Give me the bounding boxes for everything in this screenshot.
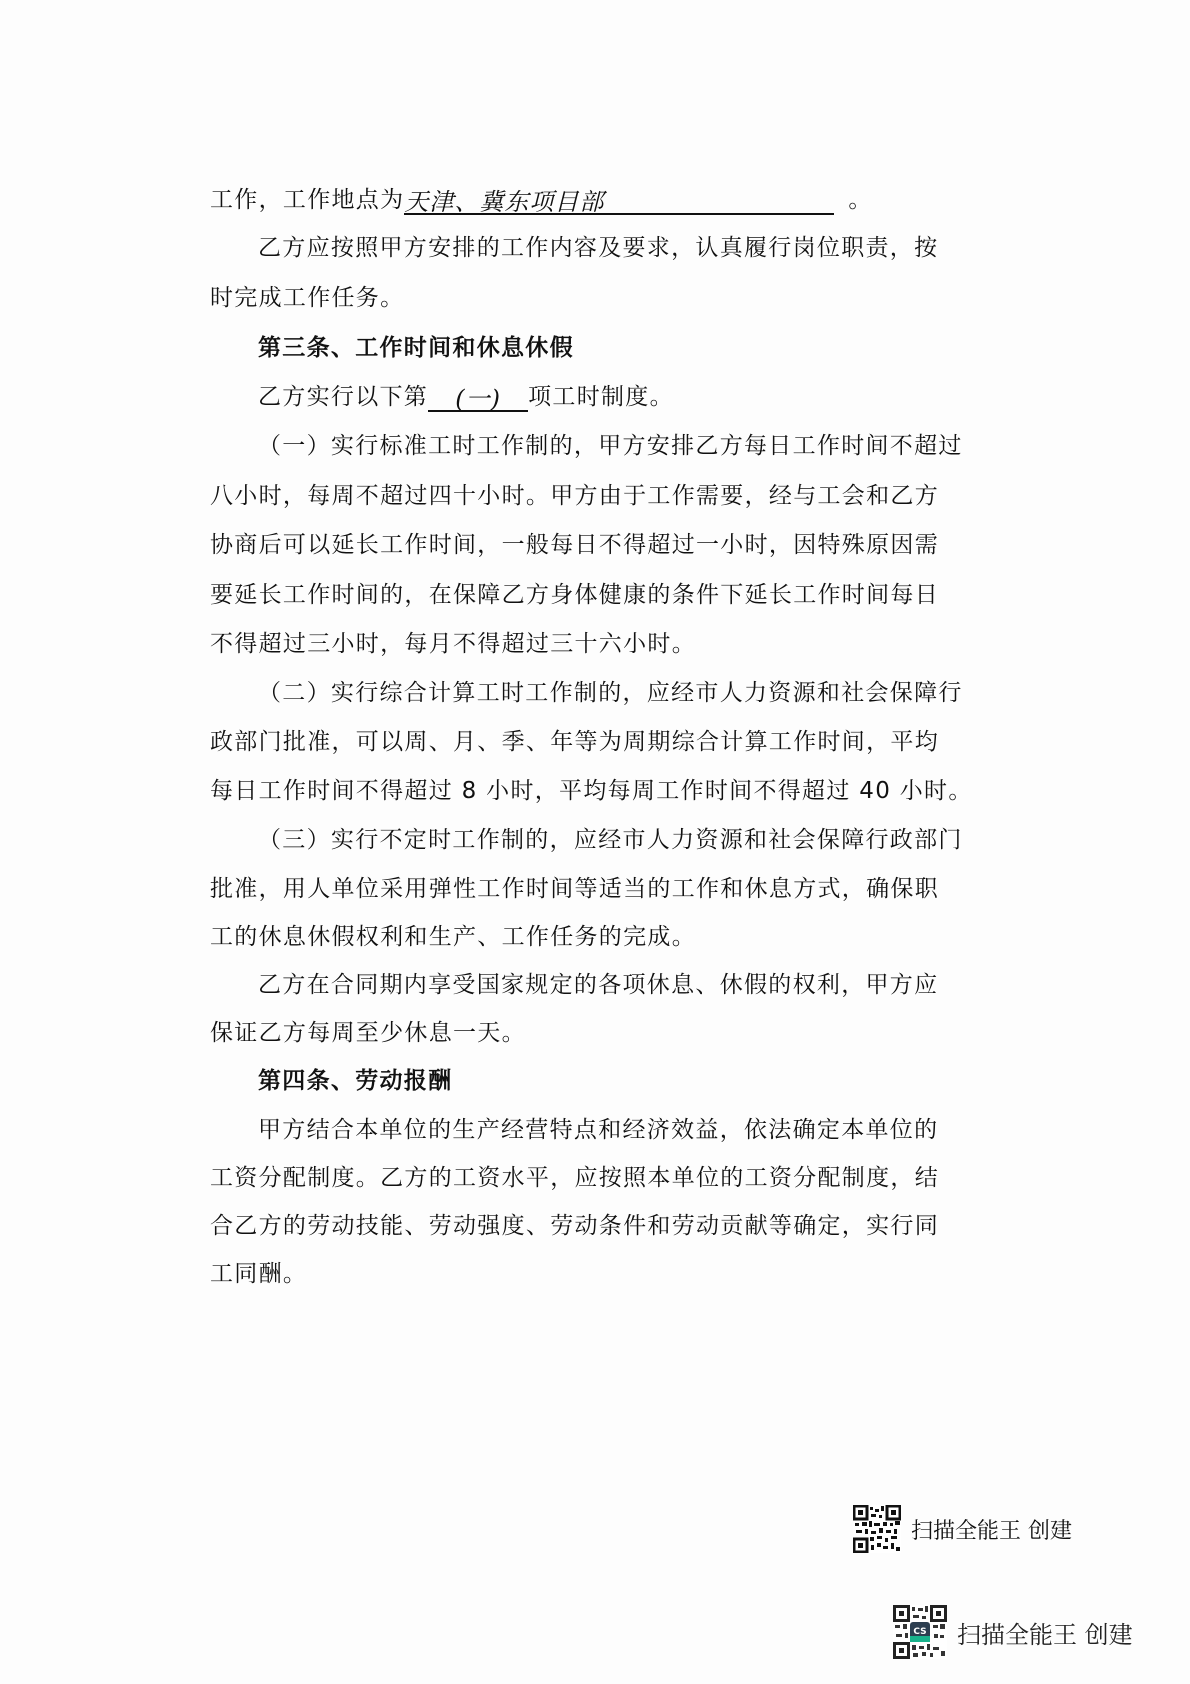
work-location-blank: 天津、冀东项目部 [404, 189, 834, 215]
hours-system-suffix: 项工时制度。 [528, 384, 674, 410]
scanner-watermark-1: 扫描全能王 创建 [853, 1505, 1072, 1553]
scanned-document-page: 工作，工作地点为天津、冀东项目部。 乙方应按照甲方安排的工作内容及要求，认真履行… [0, 0, 1190, 1684]
work-location-label: 工作，工作地点为 [210, 187, 404, 213]
hours-system-handwritten: (一) [455, 385, 501, 413]
pay-paragraph-line-4: 工同酬。 [210, 1259, 307, 1289]
rest-paragraph-line-2: 保证乙方每周至少休息一天。 [210, 1018, 526, 1048]
article-3-title: 第三条、工作时间和休息休假 [258, 333, 574, 363]
pay-paragraph-line-2: 工资分配制度。乙方的工资水平，应按照本单位的工资分配制度，结 [210, 1163, 939, 1193]
item-1-line-2: 八小时，每周不超过四十小时。甲方由于工作需要，经与工会和乙方 [210, 481, 939, 511]
item-2-line-1: （二）实行综合计算工时工作制的，应经市人力资源和社会保障行 [258, 678, 963, 708]
hours-system-line: 乙方实行以下第(一)项工时制度。 [258, 382, 674, 412]
item-1-line-3: 协商后可以延长工作时间，一般每日不得超过一小时，因特殊原因需 [210, 530, 939, 560]
pay-paragraph-line-3: 合乙方的劳动技能、劳动强度、劳动条件和劳动贡献等确定，实行同 [210, 1211, 939, 1241]
item-2-line-2: 政部门批准，可以周、月、季、年等为周期综合计算工作时间，平均 [210, 727, 939, 757]
item-2-line-3: 每日工作时间不得超过 8 小时，平均每周工作时间不得超过 40 小时。 [210, 776, 973, 806]
work-location-period: 。 [848, 187, 872, 213]
scanner-watermark-2: CS 扫描全能王 创建 [893, 1605, 1133, 1659]
scanner-watermark-1-text: 扫描全能王 创建 [911, 1514, 1072, 1545]
svg-text:CS: CS [913, 1627, 926, 1637]
hours-system-blank: (一) [428, 386, 528, 412]
item-1-line-4: 要延长工作时间的，在保障乙方身体健康的条件下延长工作时间每日 [210, 580, 939, 610]
item-3-line-1: （三）实行不定时工作制的，应经市人力资源和社会保障行政部门 [258, 825, 963, 855]
article-4-title: 第四条、劳动报酬 [258, 1066, 452, 1096]
duties-paragraph-line-1: 乙方应按照甲方安排的工作内容及要求，认真履行岗位职责，按 [258, 233, 938, 263]
item-3-line-2: 批准，用人单位采用弹性工作时间等适当的工作和休息方式，确保职 [210, 874, 939, 904]
camscanner-qr-icon: CS [893, 1605, 947, 1659]
qr-code-icon [853, 1505, 901, 1553]
item-1-line-1: （一）实行标准工时工作制的，甲方安排乙方每日工作时间不超过 [258, 431, 963, 461]
scanner-watermark-2-text: 扫描全能王 创建 [957, 1615, 1133, 1650]
work-location-line: 工作，工作地点为天津、冀东项目部。 [210, 185, 873, 215]
item-1-line-5: 不得超过三小时，每月不得超过三十六小时。 [210, 629, 696, 659]
work-location-handwritten: 天津、冀东项目部 [404, 188, 604, 216]
duties-paragraph-line-2: 时完成工作任务。 [210, 283, 404, 313]
pay-paragraph-line-1: 甲方结合本单位的生产经营特点和经济效益，依法确定本单位的 [258, 1115, 938, 1145]
item-3-line-3: 工的休息休假权利和生产、工作任务的完成。 [210, 922, 696, 952]
rest-paragraph-line-1: 乙方在合同期内享受国家规定的各项休息、休假的权利，甲方应 [258, 970, 938, 1000]
hours-system-label: 乙方实行以下第 [258, 384, 428, 410]
